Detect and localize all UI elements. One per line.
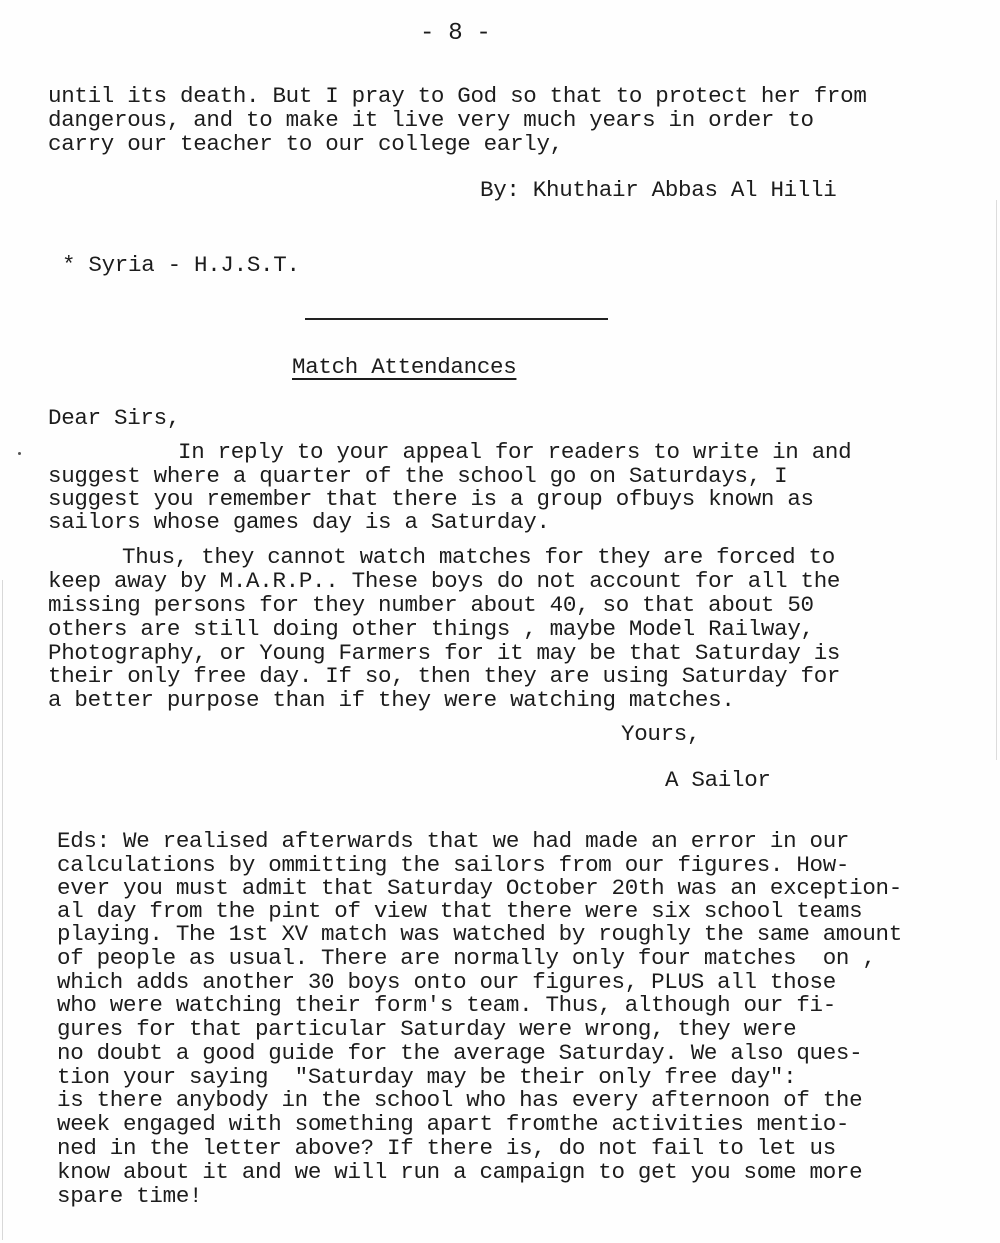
letter-line: Photography, or Young Farmers for it may… xyxy=(48,641,840,665)
scan-edge-left xyxy=(2,580,3,1240)
editors-reply-line: spare time! xyxy=(57,1184,202,1208)
page-number: - 8 - xyxy=(420,22,491,46)
editors-reply-line: tion your saying "Saturday may be their … xyxy=(57,1065,796,1089)
byline: By: Khuthair Abbas Al Hilli xyxy=(480,178,836,202)
letter-line: sailors whose games day is a Saturday. xyxy=(48,510,550,534)
editors-reply-line: which adds another 30 boys onto our figu… xyxy=(57,970,836,994)
letter-title: Match Attendances xyxy=(292,355,516,379)
footnote: * Syria - H.J.S.T. xyxy=(62,253,300,277)
scan-edge-right xyxy=(996,200,997,760)
editors-reply-line: ever you must admit that Saturday Octobe… xyxy=(57,876,902,900)
editors-reply-line: gures for that particular Saturday were … xyxy=(57,1017,796,1041)
letter-line: keep away by M.A.R.P.. These boys do not… xyxy=(48,569,840,593)
salutation: Dear Sirs, xyxy=(48,406,180,430)
editors-reply-line: who were watching their form's team. Thu… xyxy=(57,993,836,1017)
article-line: carry our teacher to our college early, xyxy=(48,132,563,156)
article-line: dangerous, and to make it live very much… xyxy=(48,108,814,132)
editors-reply-line: week engaged with something apart fromth… xyxy=(57,1112,849,1136)
letter-line: others are still doing other things , ma… xyxy=(48,617,814,641)
editors-reply-line: Eds: We realised afterwards that we had … xyxy=(57,829,849,853)
editors-reply-line: is there anybody in the school who has e… xyxy=(57,1088,862,1112)
letter-line: suggest you remember that there is a gro… xyxy=(48,487,814,511)
editors-reply-line: playing. The 1st XV match was watched by… xyxy=(57,922,902,946)
letter-signature: A Sailor xyxy=(665,768,771,792)
article-line: until its death. But I pray to God so th… xyxy=(48,84,867,108)
document-page: - 8 - until its death. But I pray to God… xyxy=(0,0,1000,1243)
letter-line: a better purpose than if they were watch… xyxy=(48,688,735,712)
section-divider xyxy=(305,318,608,320)
letter-closing: Yours, xyxy=(621,722,700,746)
letter-line: their only free day. If so, then they ar… xyxy=(48,664,840,688)
editors-reply-line: no doubt a good guide for the average Sa… xyxy=(57,1041,862,1065)
editors-reply-line: calculations by ommitting the sailors fr… xyxy=(57,853,849,877)
letter-line: missing persons for they number about 40… xyxy=(48,593,814,617)
editors-reply-line: ned in the letter above? If there is, do… xyxy=(57,1136,836,1160)
editors-reply-line: of people as usual. There are normally o… xyxy=(57,946,876,970)
scan-speck xyxy=(18,452,21,455)
editors-reply-line: al day from the pint of view that there … xyxy=(57,899,862,923)
letter-line: suggest where a quarter of the school go… xyxy=(48,464,787,488)
letter-line: In reply to your appeal for readers to w… xyxy=(178,440,851,464)
editors-reply-line: know about it and we will run a campaign… xyxy=(57,1160,862,1184)
letter-line: Thus, they cannot watch matches for they… xyxy=(122,545,835,569)
